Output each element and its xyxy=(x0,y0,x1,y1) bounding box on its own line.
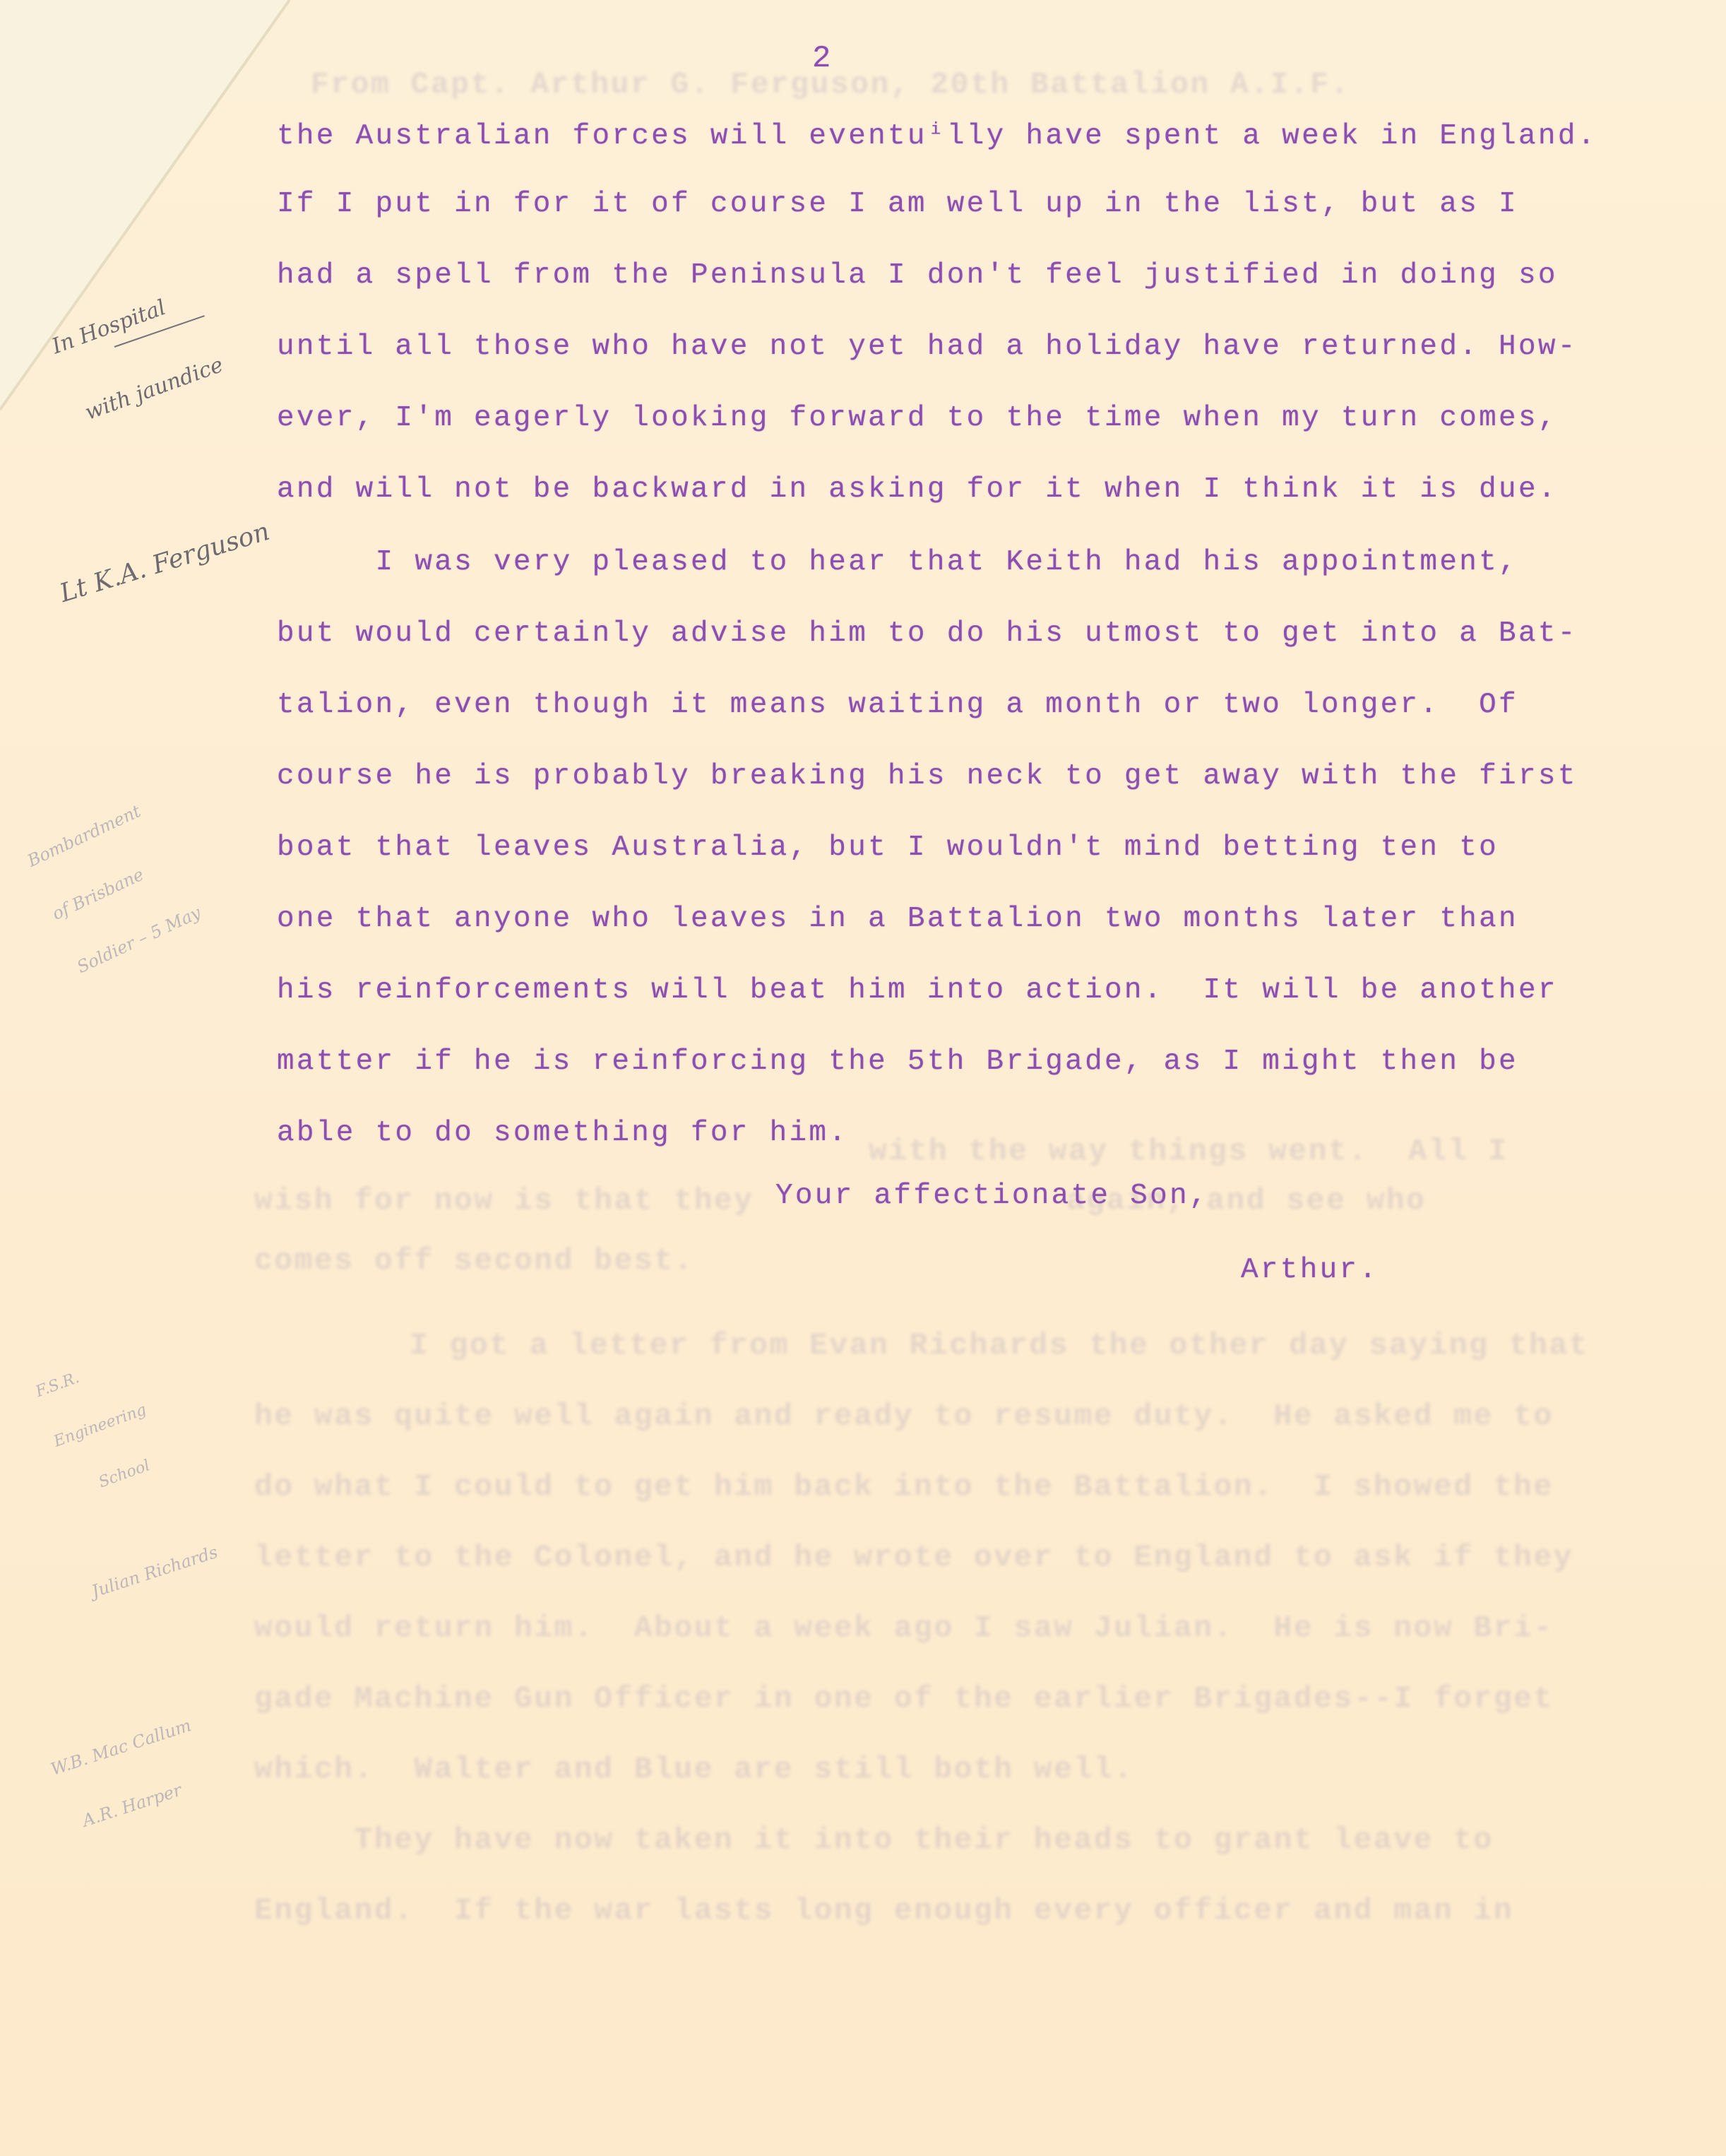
letter-line: I was very pleased to hear that Keith ha… xyxy=(277,546,1518,579)
bleed-line: which. Walter and Blue are still both we… xyxy=(254,1752,1133,1787)
margin-note-line: School xyxy=(70,1452,167,1502)
letter-page: From Capt. Arthur G. Ferguson, 20th Batt… xyxy=(0,0,1726,2156)
margin-note-line: of Brisbane xyxy=(49,850,179,924)
margin-note-line: In Hospital xyxy=(49,284,201,360)
bleed-line: with the way things went. All I xyxy=(869,1134,1508,1168)
page-number: 2 xyxy=(812,41,831,76)
bleed-line: gade Machine Gun Officer in one of the e… xyxy=(254,1681,1554,1716)
bleed-through-text: From Capt. Arthur G. Ferguson, 20th Batt… xyxy=(0,0,1726,2156)
margin-note-line: with jaundice xyxy=(74,353,227,428)
letter-line: one that anyone who leaves in a Battalio… xyxy=(277,903,1518,935)
letter-line: matter if he is reinforcing the 5th Brig… xyxy=(277,1046,1518,1078)
letter-line: until all those who have not yet had a h… xyxy=(277,331,1578,363)
letter-line: had a spell from the Peninsula I don't f… xyxy=(277,259,1558,292)
letter-signature: Arthur. xyxy=(1241,1254,1379,1286)
bleed-line: would return him. About a week ago I saw… xyxy=(254,1611,1554,1645)
letter-line: able to do something for him. xyxy=(277,1117,848,1149)
letter-line: boat that leaves Australia, but I wouldn… xyxy=(277,831,1499,864)
letter-line: the Australian forces will eventuⁱlly ha… xyxy=(277,117,1597,153)
letter-line: and will not be backward in asking for i… xyxy=(277,473,1558,506)
letter-line: ever, I'm eagerly looking forward to the… xyxy=(277,402,1558,434)
letter-line: If I put in for it of course I am well u… xyxy=(277,188,1518,220)
letter-line: talion, even though it means waiting a m… xyxy=(277,689,1518,721)
bleed-line: wish for now is that they xyxy=(254,1183,754,1218)
margin-note-line: Engineering xyxy=(52,1402,149,1452)
bleed-line: England. If the war lasts long enough ev… xyxy=(254,1893,1513,1928)
bleed-line: They have now taken it into their heads … xyxy=(254,1823,1494,1857)
margin-note-line: W.B. Mac Callum xyxy=(49,1716,194,1779)
bleed-line: I got a letter from Evan Richards the ot… xyxy=(410,1328,1589,1363)
margin-note-line: A.R. Harper xyxy=(66,1772,212,1835)
letter-line: his reinforcements will beat him into ac… xyxy=(277,974,1558,1007)
bleed-line: he was quite well again and ready to res… xyxy=(254,1399,1554,1433)
margin-note-line: F.S.R. xyxy=(33,1351,131,1401)
letter-line: course he is probably breaking his neck … xyxy=(277,760,1578,793)
bleed-line: do what I could to get him back into the… xyxy=(254,1469,1554,1504)
bleed-line: letter to the Colonel, and he wrote over… xyxy=(254,1540,1573,1575)
margin-note-line: Bombardment xyxy=(25,797,155,871)
letter-closing: Your affectionate Son, xyxy=(775,1180,1209,1212)
margin-note-line: Soldier – 5 May xyxy=(74,903,204,977)
letter-line: but would certainly advise him to do his… xyxy=(277,617,1578,650)
bleed-line: comes off second best. xyxy=(254,1243,694,1278)
